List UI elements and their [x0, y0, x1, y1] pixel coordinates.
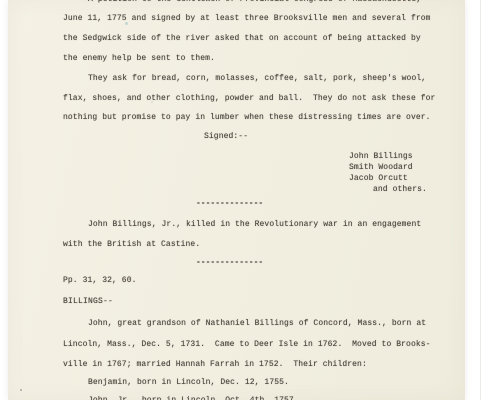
paper-sheet: A petition to the Gentlemen of Provincia… [8, 0, 465, 400]
petition-line: flax, shoes, and other clothing, powder … [63, 94, 435, 104]
petition-line: They ask for bread, corn, molasses, coff… [88, 74, 426, 84]
petition-line: A petition to the Gentlemen of Provincia… [88, 0, 421, 5]
petition-line: June 11, 1775 and signed by at least thr… [63, 14, 431, 24]
petition-line: the Sedgwick side of the river asked tha… [63, 34, 421, 44]
genealogy-line: ville in 1767; married Hannah Farrah in … [63, 360, 367, 370]
scan-edge-artifact [480, 0, 481, 400]
genealogy-line: Lincoln, Mass., Dec. 5, 1731. Came to De… [63, 340, 431, 350]
child-record-line: Benjamin, born in Lincoln, Dec. 12, 1755… [88, 378, 289, 388]
note-line: John Billings, Jr., killed in the Revolu… [88, 220, 421, 230]
divider-line: -------------- [196, 199, 263, 209]
petition-line: the enemy help be sent to them. [63, 54, 215, 64]
surname-heading: BILLINGS-- [63, 297, 113, 307]
genealogy-line: John, great grandson of Nathaniel Billin… [88, 319, 426, 329]
signature-name: Smith Woodard [349, 163, 413, 173]
paper-speck [20, 389, 22, 391]
paper-speck [125, 22, 128, 25]
signed-label: Signed:-- [204, 132, 248, 142]
divider-line: -------------- [196, 258, 263, 268]
child-record-line: John, Jr., born in Lincoln, Oct. 4th, 17… [88, 396, 299, 400]
page-references: Pp. 31, 32, 60. [63, 276, 137, 286]
paper-speck [67, 118, 70, 119]
signature-name: Jacob Orcutt [349, 174, 408, 184]
paper-speck [151, 101, 153, 103]
signature-name: John Billings [349, 152, 413, 162]
scanned-document: A petition to the Gentlemen of Provincia… [0, 0, 495, 400]
petition-line: nothing but promise to pay in lumber whe… [63, 113, 431, 123]
signature-more: and others. [373, 185, 427, 195]
note-line: with the British at Castine. [63, 240, 200, 250]
